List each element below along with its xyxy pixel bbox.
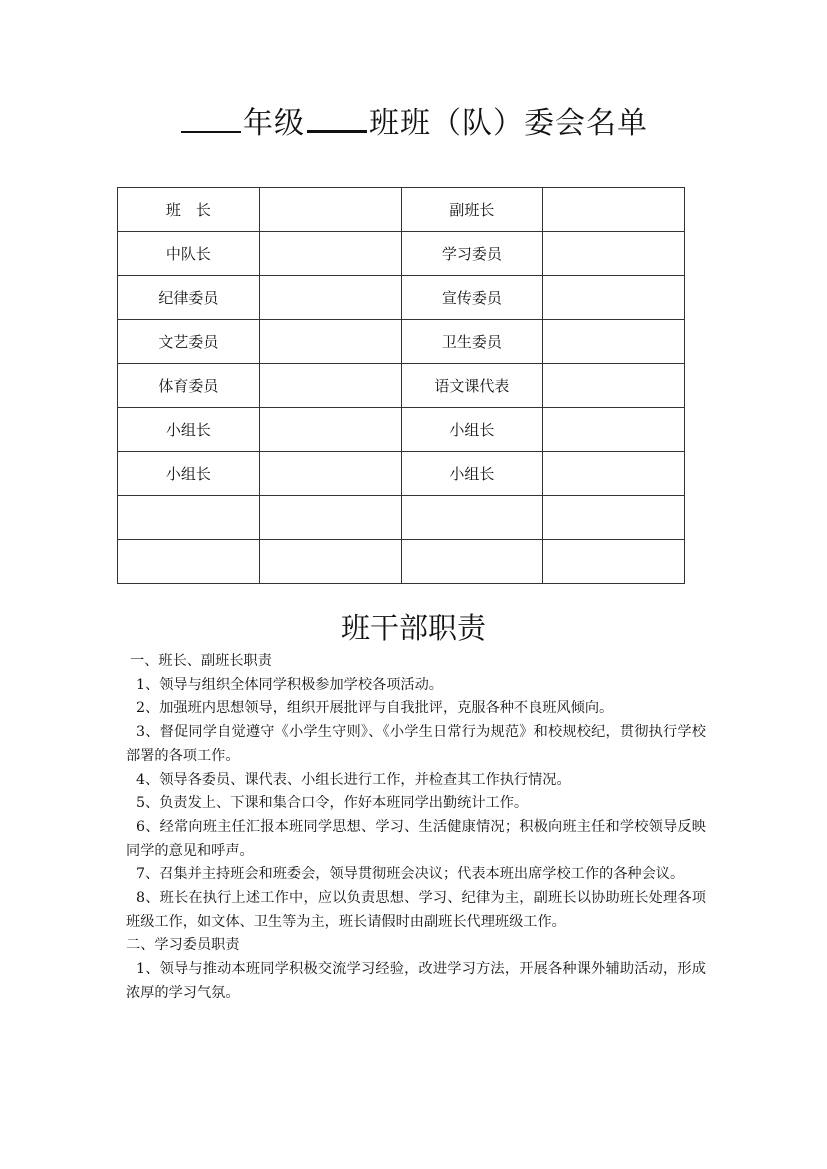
role-label-cell: 体育委员	[118, 364, 260, 408]
name-entry-cell[interactable]	[543, 408, 685, 452]
table-row: 班 长副班长	[118, 188, 685, 232]
duty-item: 8、班长在执行上述工作中，应以负责思想、学习、纪律为主，副班长以协助班长处理各项…	[126, 887, 706, 934]
roster-table: 班 长副班长中队长学习委员纪律委员宣传委员文艺委员卫生委员体育委员语文课代表小组…	[117, 187, 685, 584]
role-label-cell: 卫生委员	[401, 320, 543, 364]
name-entry-cell[interactable]	[259, 496, 401, 540]
name-entry-cell[interactable]	[543, 320, 685, 364]
duties-heading: 班干部职责	[0, 606, 827, 650]
name-entry-cell[interactable]	[259, 540, 401, 584]
role-label-cell	[401, 540, 543, 584]
name-entry-cell[interactable]	[259, 408, 401, 452]
name-entry-cell[interactable]	[259, 452, 401, 496]
role-label-cell: 小组长	[118, 452, 260, 496]
duty-item: 5、负责发上、下课和集合口令，作好本班同学出勤统计工作。	[126, 792, 706, 816]
name-entry-cell[interactable]	[259, 364, 401, 408]
table-row: 体育委员语文课代表	[118, 364, 685, 408]
name-entry-cell[interactable]	[543, 232, 685, 276]
duty-item: 7、召集并主持班会和班委会，领导贯彻班会决议；代表本班出席学校工作的各种会议。	[126, 863, 706, 887]
table-row	[118, 540, 685, 584]
role-label-cell: 宣传委员	[401, 276, 543, 320]
role-label-cell: 学习委员	[401, 232, 543, 276]
class-blank	[307, 100, 367, 133]
name-entry-cell[interactable]	[543, 540, 685, 584]
duty-item: 1、领导与推动本班同学积极交流学习经验，改进学习方法，开展各种课外辅助活动，形成…	[126, 958, 706, 1005]
role-label-cell: 小组长	[118, 408, 260, 452]
name-entry-cell[interactable]	[259, 188, 401, 232]
role-label-cell: 小组长	[401, 408, 543, 452]
name-entry-cell[interactable]	[259, 232, 401, 276]
role-label-cell: 副班长	[401, 188, 543, 232]
name-entry-cell[interactable]	[543, 496, 685, 540]
name-entry-cell[interactable]	[543, 364, 685, 408]
role-label-cell: 小组长	[401, 452, 543, 496]
name-entry-cell[interactable]	[259, 276, 401, 320]
section-heading: 二、学习委员职责	[126, 934, 706, 958]
name-entry-cell[interactable]	[543, 452, 685, 496]
table-row: 中队长学习委员	[118, 232, 685, 276]
title-rest: 班班（队）委会名单	[369, 106, 648, 141]
table-row: 文艺委员卫生委员	[118, 320, 685, 364]
duty-item: 2、加强班内思想领导，组织开展批评与自我批评，克服各种不良班风倾向。	[126, 697, 706, 721]
table-row: 小组长小组长	[118, 408, 685, 452]
role-label-cell	[118, 496, 260, 540]
duty-item: 6、经常向班主任汇报本班同学思想、学习、生活健康情况；积极向班主任和学校领导反映…	[126, 816, 706, 863]
name-entry-cell[interactable]	[543, 276, 685, 320]
role-label-cell: 中队长	[118, 232, 260, 276]
role-label-cell: 纪律委员	[118, 276, 260, 320]
duties-body: 一、班长、副班长职责 1、领导与组织全体同学积极参加学校各项活动。 2、加强班内…	[126, 650, 706, 1006]
grade-blank	[181, 101, 241, 133]
title-grade: 年级	[243, 106, 305, 141]
table-row	[118, 496, 685, 540]
name-entry-cell[interactable]	[259, 320, 401, 364]
role-label-cell: 班 长	[118, 188, 260, 232]
table-row: 纪律委员宣传委员	[118, 276, 685, 320]
table-row: 小组长小组长	[118, 452, 685, 496]
role-label-cell	[401, 496, 543, 540]
role-label-cell	[118, 540, 260, 584]
role-label-cell: 语文课代表	[401, 364, 543, 408]
duty-item: 1、领导与组织全体同学积极参加学校各项活动。	[126, 674, 706, 698]
page-title: 年级班班（队）委会名单	[0, 100, 827, 146]
role-label-cell: 文艺委员	[118, 320, 260, 364]
name-entry-cell[interactable]	[543, 188, 685, 232]
section-heading: 一、班长、副班长职责	[126, 650, 706, 674]
duty-item: 3、督促同学自觉遵守《小学生守则》、《小学生日常行为规范》和校规校纪，贯彻执行学…	[126, 721, 706, 768]
duty-item: 4、领导各委员、课代表、小组长进行工作，并检查其工作执行情况。	[126, 769, 706, 793]
